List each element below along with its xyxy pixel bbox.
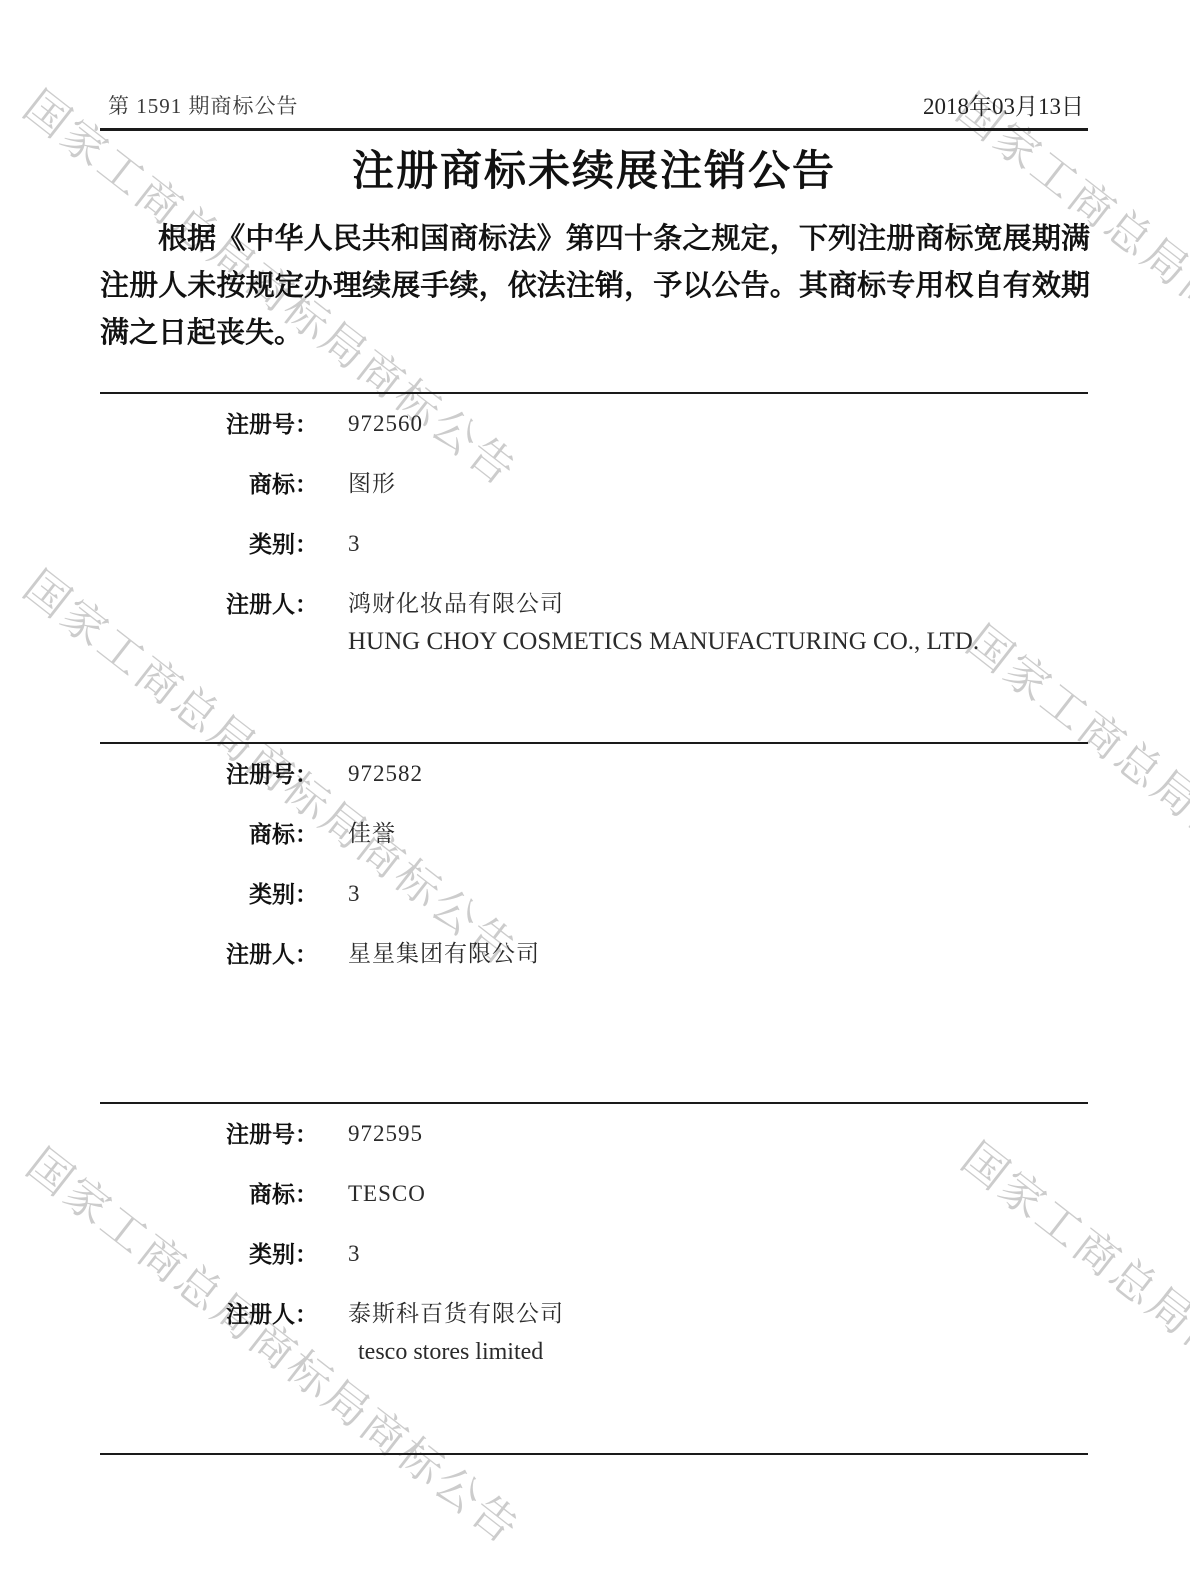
category-row: 类别： 3 [100, 878, 1088, 910]
category-label: 类别： [100, 878, 318, 910]
registrant-label: 注册人： [100, 588, 318, 620]
gazette-date: 2018年03月13日 [923, 88, 1084, 121]
trademark-label: 商标： [100, 818, 318, 850]
registrant-cn-value: 星星集团有限公司 [348, 938, 540, 970]
registrant-cn-value: 泰斯科百货有限公司 [348, 1298, 564, 1330]
reg-no-value: 972582 [348, 758, 423, 790]
trademark-label: 商标： [100, 1178, 318, 1210]
category-value: 3 [348, 878, 361, 910]
page-content: 第 1591 期商标公告 2018年03月13日 注册商标未续展注销公告 根据《… [0, 0, 1190, 1594]
registrant-row: 注册人： 鸿财化妆品有限公司 [100, 588, 1088, 620]
record-divider [100, 392, 1088, 394]
category-label: 类别： [100, 1238, 318, 1270]
trademark-row: 商标： 图形 [100, 468, 1088, 500]
category-value: 3 [348, 1238, 361, 1270]
registrant-cn-value: 鸿财化妆品有限公司 [348, 588, 564, 620]
gazette-issue-label: 第 1591 期商标公告 [108, 90, 299, 120]
trademark-record: 注册号： 972595 商标： TESCO 类别： 3 注册人： 泰斯科百货有限… [100, 1118, 1088, 1368]
reg-no-value: 972595 [348, 1118, 423, 1150]
trademark-row: 商标： 佳誉 [100, 818, 1088, 850]
reg-no-label: 注册号： [100, 408, 318, 440]
trademark-record: 注册号： 972582 商标： 佳誉 类别： 3 注册人： 星星集团有限公司 [100, 758, 1088, 970]
reg-no-row: 注册号： 972560 [100, 408, 1088, 440]
reg-no-label: 注册号： [100, 1118, 318, 1150]
reg-no-row: 注册号： 972595 [100, 1118, 1088, 1150]
trademark-label: 商标： [100, 468, 318, 500]
reg-no-row: 注册号： 972582 [100, 758, 1088, 790]
trademark-value: 图形 [348, 468, 396, 500]
category-row: 类别： 3 [100, 1238, 1088, 1270]
record-divider [100, 1102, 1088, 1104]
intro-paragraph: 根据《中华人民共和国商标法》第四十条之规定，下列注册商标宽展期满注册人未按规定办… [100, 216, 1090, 357]
registrant-label: 注册人： [100, 1298, 318, 1330]
header-rule [100, 128, 1088, 131]
reg-no-value: 972560 [348, 408, 423, 440]
record-divider [100, 742, 1088, 744]
reg-no-label: 注册号： [100, 758, 318, 790]
category-row: 类别： 3 [100, 528, 1088, 560]
registrant-en-value: tesco stores limited [358, 1336, 1088, 1368]
registrant-row: 注册人： 星星集团有限公司 [100, 938, 1088, 970]
category-label: 类别： [100, 528, 318, 560]
page-title: 注册商标未续展注销公告 [100, 138, 1088, 198]
trademark-value: TESCO [348, 1178, 426, 1210]
registrant-label: 注册人： [100, 938, 318, 970]
gazette-page: 国家工商总局商标局商标公告 国家工商总局商标局商标公告 国家工商总局商标局商标公… [0, 0, 1190, 1594]
record-divider [100, 1453, 1088, 1455]
trademark-value: 佳誉 [348, 818, 396, 850]
registrant-row: 注册人： 泰斯科百货有限公司 [100, 1298, 1088, 1330]
category-value: 3 [348, 528, 361, 560]
trademark-record: 注册号： 972560 商标： 图形 类别： 3 注册人： 鸿财化妆品有限公司 … [100, 408, 1088, 658]
trademark-row: 商标： TESCO [100, 1178, 1088, 1210]
registrant-en-value: HUNG CHOY COSMETICS MANUFACTURING CO., L… [348, 626, 1088, 658]
